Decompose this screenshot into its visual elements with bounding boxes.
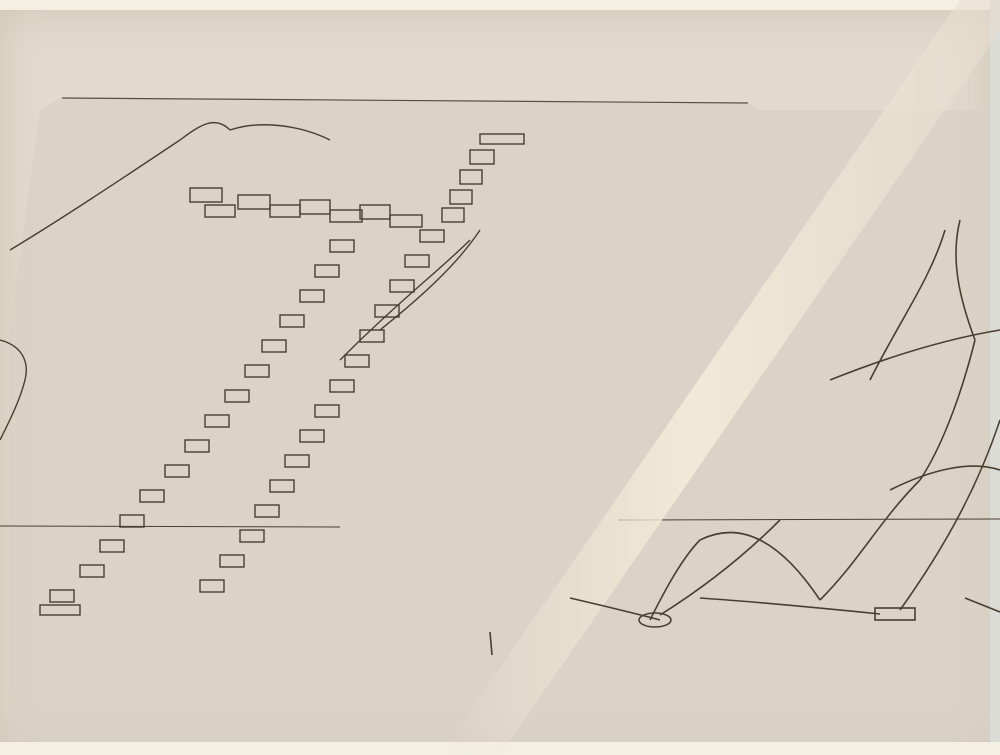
etching-artwork [0, 0, 1000, 755]
